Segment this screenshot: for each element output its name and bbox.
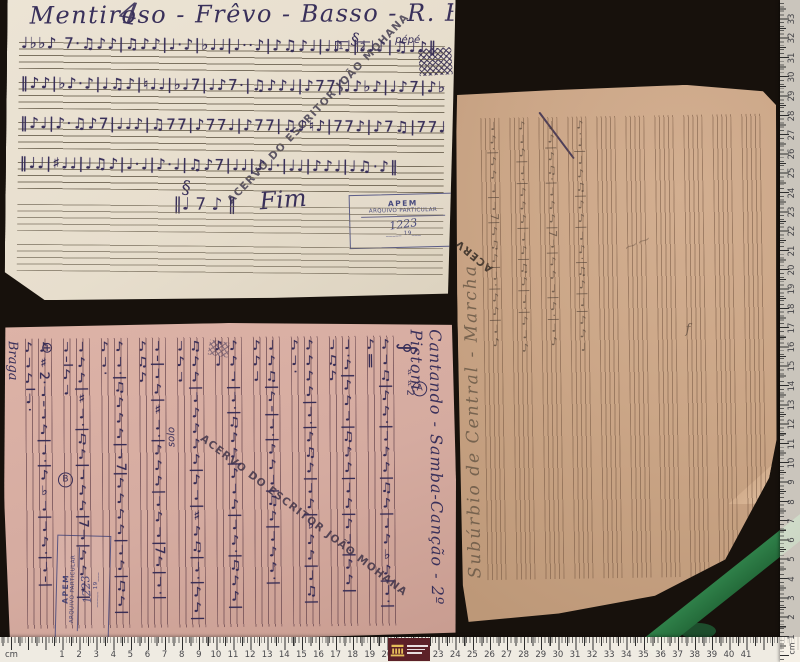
staff-column: ♫♪♪|♩♪♪♪♪|♪♩|♯♪♫|♩·|♪♪|♩♪♩	[177, 337, 207, 627]
ruler-number: 23	[787, 205, 797, 219]
staff-column: ♪♪♪♪|♩·|♪♫♪|♩♪|♭♪♪|♩♫|♪♩·	[291, 336, 321, 626]
ruler-number: 10	[787, 456, 797, 470]
building-icon	[390, 642, 405, 658]
staff-column: ♩♪♪|♯♩·|♫♪|♩♪♪|7♩|♪♪♩|♩–|♪♩	[63, 338, 93, 628]
ruler-number: 33	[787, 12, 797, 26]
music-notes-vertical: ♪·♩|♩♪♫|♪♪|♩♪·|♫♪|♩|♪♪♩	[568, 118, 593, 576]
apem-logo	[388, 638, 430, 661]
ruler-number: 2	[76, 650, 81, 660]
ruler-number: 29	[535, 650, 546, 660]
music-notes: ‖♪♩|♪·♫♪7|♩♩♪|♫77|♪77♩|♪77|♫♪♮♪|77♪|♪7♫|…	[20, 114, 446, 154]
music-notes: ‖♪♪|♭♪·♪|♩♫♪|♮♩♩|♭♩7|♩♪7·|♫♪♪♩|♪77|♩♪♭♪|…	[20, 74, 446, 114]
ruler-number: 13	[262, 650, 273, 660]
ruler-number: 20	[787, 263, 797, 277]
ruler-number: 30	[552, 650, 563, 660]
key-signature: ♯♯2	[404, 367, 415, 395]
side-label-braga: Braga	[5, 341, 21, 425]
ruler-number: 30	[787, 70, 797, 84]
staff-column: ♪·♩|♩♪♫|♪♪|♩♪·|♫♪|♩|♪♪♩	[567, 116, 593, 578]
staff-column: ♪♩♪|♩·|♪♪♪|♩♪|♫♪|♩·|♪♩♪	[509, 117, 535, 579]
music-notes: ‖♩♩|♯♩♩|♩♫♪|♩·♩|♪·♩|♫♪7|♩♩|♪♩·|♩♩|♪♪♩|♩♫…	[20, 154, 446, 194]
ruler-number: 33	[604, 650, 615, 660]
ruler-number: 22	[787, 224, 797, 238]
ruler-number: 1	[59, 650, 64, 660]
ruler-number: 9	[787, 475, 797, 489]
staff-column: ♪♩♫|♪♪·|♩♪♪|♫♪|♩♪♭♪|♩·|♪‖	[367, 336, 397, 626]
ruler-number: 38	[689, 650, 700, 660]
ruler-number: 10	[210, 650, 221, 660]
ruler-ticks-minor	[780, 0, 784, 662]
music-notes-vertical: ♩♪·|♪♪♩|♩7|♪♫♪|♩·|♪♪|♩♪	[481, 120, 506, 578]
ruler-number: 7	[162, 650, 167, 660]
ruler-number: 12	[787, 417, 797, 431]
sheet-mentiroso: Mentiroso - Frêvo - Basso - R. Braga 4 p…	[4, 0, 455, 304]
music-notes-vertical: ♪♯2·♩–♩♪|♩·|♪♭♩|♩♪·|♩–|♪♩♪|♩·	[26, 341, 53, 627]
staff-column: ♩·♪|♪♪♩|♫♪♪|♩♪|♪♩·|♪♪|♩♫♪	[329, 336, 359, 626]
staff-system: ‖♩♩|♯♩♩|♩♫♪|♩·♩|♪·♩|♫♪7|♩♩|♪♩·|♩♩|♪♪♩|♩♫…	[18, 162, 444, 193]
ruler-number: 16	[313, 650, 324, 660]
ruler-number: 5	[787, 552, 797, 566]
staff-column	[654, 115, 680, 577]
ruler-number: 32	[787, 31, 797, 45]
staff-column	[625, 116, 651, 578]
ruler-number: 24	[450, 650, 461, 660]
ruler-number: 11	[787, 437, 797, 451]
sheet-title-suburbio: Subúrbio de Central - Marcha	[460, 238, 485, 578]
staff-empty	[17, 244, 443, 275]
ruler-number: 17	[787, 321, 797, 335]
ruler-number: 31	[570, 650, 581, 660]
music-notes: ♩♭♭♪ 7·♫♪♪|♫♪♪|♩·♪|♭♩♩|♩··♪|♪♫♪♩|♩♪♩|♩♩♪…	[21, 34, 447, 74]
music-notes-vertical: ♪♪♪♪|♩·|♪♫♪|♩♪|♭♪♪|♩♫|♪♩·	[292, 338, 319, 624]
ruler-number: 5	[128, 650, 133, 660]
archive-photo: Mentiroso - Frêvo - Basso - R. Braga 4 p…	[0, 0, 800, 662]
music-notes-vertical: ♩♪♪|♯♩·|♫♪|♩♪♪|7♩|♪♪♩|♩–|♪♩	[64, 340, 91, 626]
ruler-number: 28	[787, 109, 797, 123]
music-notes-vertical: ♩–|♩♪|♯♩·|♪♪♪|♩♪♩|7♪|♩·|♪♫♪	[140, 340, 167, 626]
ruler-number: 15	[787, 359, 797, 373]
ruler-number: 4	[787, 572, 797, 586]
ruler-number: 36	[655, 650, 666, 660]
sheet-cantando: Cantando - Samba-Canção - 2º Pistom Brag…	[3, 321, 458, 641]
ruler-number: 3	[93, 650, 98, 660]
staff-column	[712, 114, 738, 576]
ruler-number: 23	[433, 650, 444, 660]
ruler-number: 18	[347, 650, 358, 660]
ruler-number: 8	[787, 495, 797, 509]
ruler-bottom: cm 1234567891011121314151617181920212223…	[0, 637, 800, 662]
staff-empty	[17, 204, 443, 235]
ruler-number: 25	[467, 650, 478, 660]
ruler-unit-label: cm	[787, 642, 796, 654]
ruler-number: 35	[638, 650, 649, 660]
ruler-number: 4	[111, 650, 116, 660]
staff-column	[741, 114, 767, 576]
ruler-number: 12	[245, 650, 256, 660]
clef-icon: ∮	[394, 342, 419, 355]
ruler-number: 25	[787, 166, 797, 180]
staff-column: ♩–|♩♪|♯♩·|♪♪♪|♩♪♩|7♪|♩·|♪♫♪	[139, 338, 169, 628]
ruler-number: 24	[787, 186, 797, 200]
music-notes-vertical: ♪♩♫|♪♪·|♩♪♪|♫♪|♩♪♭♪|♩·|♪‖	[368, 338, 395, 624]
music-notes-vertical: ♪♩·|♫♪♪♪|♩7|♪♪♪♪|♩♪|♫♪|♪♩·	[102, 340, 129, 626]
ruler-number: 6	[787, 533, 797, 547]
sheet-suburbio: Subúrbio de Central - Marcha ACERVO DO E…	[454, 84, 784, 629]
ruler-number: 16	[787, 340, 797, 354]
ruler-number: 19	[364, 650, 375, 660]
staff-system: ‖♪♩|♪·♫♪7|♩♩♪|♫77|♪77♩|♪77|♫♪♮♪|77♪|♪7♫|…	[18, 122, 444, 153]
staff-system: ‖♪♪|♭♪·♪|♩♫♪|♮♩♩|♭♩7|♩♪7·|♫♪♪♩|♪77|♩♪♭♪|…	[18, 82, 444, 113]
annotation-solo: solo	[166, 427, 177, 447]
staff-column	[596, 116, 622, 578]
ruler-number: 27	[787, 128, 797, 142]
music-notes-vertical: ♪♪♩|♩·|♫♪♪|♪♩♪|♩♪·|♫♪♪|♪♩	[216, 339, 243, 625]
staff-column: ♪♯2·♩–♩♪|♩·|♪♭♩|♩♪·|♩–|♪♩♪|♩·	[25, 339, 55, 629]
staff-column	[683, 115, 709, 577]
logo-text-lines	[407, 645, 428, 654]
ruler-number: 27	[501, 650, 512, 660]
ruler-number: 26	[484, 650, 495, 660]
ruler-number: 40	[723, 650, 734, 660]
ruler-number: 13	[787, 398, 797, 412]
ruler-number: 28	[518, 650, 529, 660]
ruler-right: 3332313029282726252423222120191817161514…	[780, 0, 800, 662]
ruler-number: 8	[179, 650, 184, 660]
ruler-number: 19	[787, 282, 797, 296]
staff-system: ♩♭♭♪ 7·♫♪♪|♫♪♪|♩·♪|♭♩♩|♩··♪|♪♫♪♩|♩♪♩|♩♩♪…	[19, 42, 445, 73]
ruler-number: 14	[279, 650, 290, 660]
ruler-number: 41	[741, 650, 752, 660]
ruler-number: 9	[196, 650, 201, 660]
ruler-number: 3	[787, 591, 797, 605]
ruler-number: 34	[621, 650, 632, 660]
staff-column: ♪♩·|♫♪♪♪|♩7|♪♪♪♪|♩♪|♫♪|♪♩·	[101, 338, 131, 628]
ruler-number: 29	[787, 89, 797, 103]
ruler-number: 7	[787, 514, 797, 528]
ruler-number: 37	[672, 650, 683, 660]
ruler-number: 32	[587, 650, 598, 660]
ruler-number: 11	[228, 650, 239, 660]
staff-column: ♪♪♩|♩·|♫♪♪|♪♩♪|♩♪·|♫♪♪|♪♩	[215, 337, 245, 627]
ruler-number: 26	[787, 147, 797, 161]
ruler-number: 39	[706, 650, 717, 660]
music-notes-vertical: ♫♪♪|♩♪♪♪♪|♪♩|♯♪♫|♩·|♪♪|♩♪♩	[178, 339, 205, 625]
ruler-unit-label: cm	[5, 650, 18, 660]
ruler-number: 17	[330, 650, 341, 660]
ruler-number: 21	[787, 244, 797, 258]
ruler-number: 2	[787, 610, 797, 624]
music-notes-vertical: ♩♪|♪♫·|♩♪♪|7♩|♪♪♩|♪·|♩♪	[539, 119, 564, 577]
music-notes-vertical: ♩♪♫|♪–|♩·|♪♪♩|♫♪|♩♪♪·|♪♪♩	[254, 339, 281, 625]
ruler-number: 14	[787, 379, 797, 393]
staff-column: ♩♪♫|♪–|♩·|♪♪♩|♫♪|♩♪♪·|♪♪♩	[253, 337, 283, 627]
ruler-number: 31	[787, 51, 797, 65]
staff-column: ♩♪|♪♫·|♩♪♪|7♩|♪♪♩|♪·|♩♪	[538, 117, 564, 579]
ruler-number: 18	[787, 302, 797, 316]
music-notes-vertical: ♩·♪|♪♪♩|♫♪♪|♩♪|♪♩·|♪♪|♩♫♪	[330, 338, 357, 624]
ruler-number: 15	[296, 650, 307, 660]
ruler-number: 6	[145, 650, 150, 660]
music-notes-vertical: ♪♩♪|♩·|♪♪♪|♩♪|♫♪|♩·|♪♩♪	[510, 119, 535, 577]
